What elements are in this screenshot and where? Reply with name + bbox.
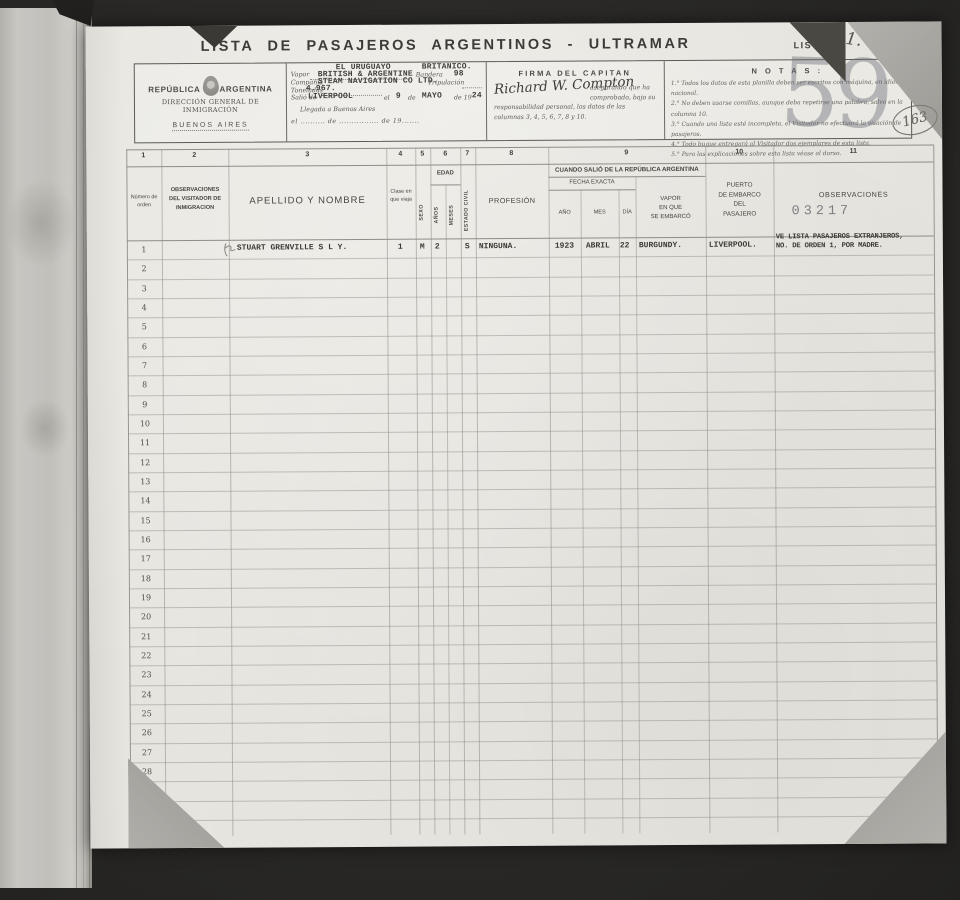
column-number: 5 bbox=[420, 151, 424, 158]
row-number: 2 bbox=[127, 264, 161, 273]
row-number: 9 bbox=[128, 400, 162, 409]
row-number: 23 bbox=[129, 670, 163, 679]
row-number: 22 bbox=[129, 651, 163, 660]
header-col2: OBSERVACIONES DEL VISITADOR DE INMIGRACI… bbox=[161, 186, 228, 213]
passenger-table: 1234567891011 Número de orden OBSERVACIO… bbox=[85, 21, 946, 848]
header-col4: Clase en que viaja bbox=[386, 189, 415, 204]
row-number: 15 bbox=[128, 516, 162, 525]
header-edad: EDAD bbox=[430, 170, 460, 176]
header-dia: DÍA bbox=[619, 209, 636, 215]
row-number: 19 bbox=[129, 593, 163, 602]
row-number: 10 bbox=[128, 419, 162, 428]
row-number: 25 bbox=[130, 709, 164, 718]
row-number: 6 bbox=[127, 342, 161, 351]
column-number: 10 bbox=[735, 149, 743, 156]
header-meses: MESES bbox=[449, 196, 455, 234]
cell-puerto: LIVERPOOL. bbox=[709, 241, 757, 250]
column-number: 6 bbox=[443, 150, 447, 157]
cell-estado-civil: S bbox=[465, 242, 470, 251]
row-number: 11 bbox=[128, 438, 162, 447]
header-puerto-embarco: PUERTO DE EMBARCO DEL PASAJERO bbox=[705, 180, 773, 218]
cell-observaciones-1: VE LISTA PASAJEROS EXTRANJEROS, bbox=[776, 233, 904, 242]
row-number: 27 bbox=[130, 748, 164, 757]
row-number: 20 bbox=[129, 612, 163, 621]
cell-anos: 2 bbox=[435, 242, 440, 251]
column-number: 8 bbox=[509, 150, 513, 157]
header-col3: APELLIDO Y NOMBRE bbox=[229, 195, 387, 207]
row-number: 16 bbox=[129, 535, 163, 544]
table-row: 30 bbox=[130, 797, 937, 821]
row-number: 5 bbox=[127, 322, 161, 331]
row-number: 1 bbox=[127, 245, 161, 254]
row-number: 17 bbox=[129, 554, 163, 563]
row-number: 3 bbox=[127, 284, 161, 293]
header-col1: Número de orden bbox=[127, 194, 162, 209]
column-number: 4 bbox=[398, 151, 402, 158]
header-estado-civil: ESTADO CIVIL bbox=[463, 184, 469, 236]
header-mes: MES bbox=[581, 209, 619, 215]
column-number: 7 bbox=[465, 150, 469, 157]
column-number: 1 bbox=[141, 152, 145, 159]
cell-clase: 1 bbox=[398, 243, 403, 252]
header-cuando-salio: CUANDO SALIÓ DE LA REPÚBLICA ARGENTINA bbox=[548, 166, 705, 174]
row-number: 21 bbox=[129, 632, 163, 641]
book-page-stack bbox=[0, 8, 92, 888]
cell-mes: ABRIL bbox=[586, 241, 610, 250]
column-number: 9 bbox=[624, 149, 628, 156]
cell-apellido-nombre: STUART GRENVILLE S L Y. bbox=[237, 243, 347, 253]
table-body-rows: 1234567891011121314151617181920212223242… bbox=[127, 236, 938, 821]
cell-profesion: NINGUNA. bbox=[479, 242, 517, 251]
cell-observaciones-2: NO. DE ORDEN 1, POR MADRE. bbox=[776, 242, 883, 251]
header-ano: AÑO bbox=[549, 210, 581, 216]
header-vapor-embarco: VAPOR EN QUE SE EMBARCÓ bbox=[636, 195, 706, 222]
row-number: 18 bbox=[129, 574, 163, 583]
row-number: 8 bbox=[128, 380, 162, 389]
column-number: 2 bbox=[192, 152, 196, 159]
header-sexo: SEXO bbox=[419, 193, 425, 233]
header-fecha-exacta: FECHA EXACTA bbox=[548, 179, 635, 186]
column-number: 11 bbox=[850, 148, 857, 155]
handwritten-mark bbox=[223, 242, 237, 258]
cell-sexo: M bbox=[420, 243, 425, 252]
row-number: 12 bbox=[128, 458, 162, 467]
header-profesion: PROFESIÓN bbox=[476, 196, 549, 205]
row-number: 4 bbox=[127, 303, 161, 312]
row-number: 24 bbox=[130, 690, 164, 699]
document-page: LISTA DE PASAJEROS ARGENTINOS - ULTRAMAR… bbox=[85, 21, 946, 848]
scanned-passenger-list: LISTA DE PASAJEROS ARGENTINOS - ULTRAMAR… bbox=[0, 0, 960, 900]
column-number: 3 bbox=[305, 151, 309, 158]
row-number: 7 bbox=[128, 361, 162, 370]
cell-vapor: BURGUNDY. bbox=[639, 241, 682, 250]
header-observaciones: OBSERVACIONES bbox=[774, 189, 934, 199]
cell-dia: 22 bbox=[620, 241, 630, 250]
row-number: 13 bbox=[128, 477, 162, 486]
cell-ano: 1923 bbox=[555, 242, 574, 251]
row-number: 14 bbox=[128, 496, 162, 505]
header-anos: AÑOS bbox=[434, 196, 440, 234]
row-number: 26 bbox=[130, 728, 164, 737]
observaciones-number-stamp: 03217 bbox=[792, 204, 853, 219]
